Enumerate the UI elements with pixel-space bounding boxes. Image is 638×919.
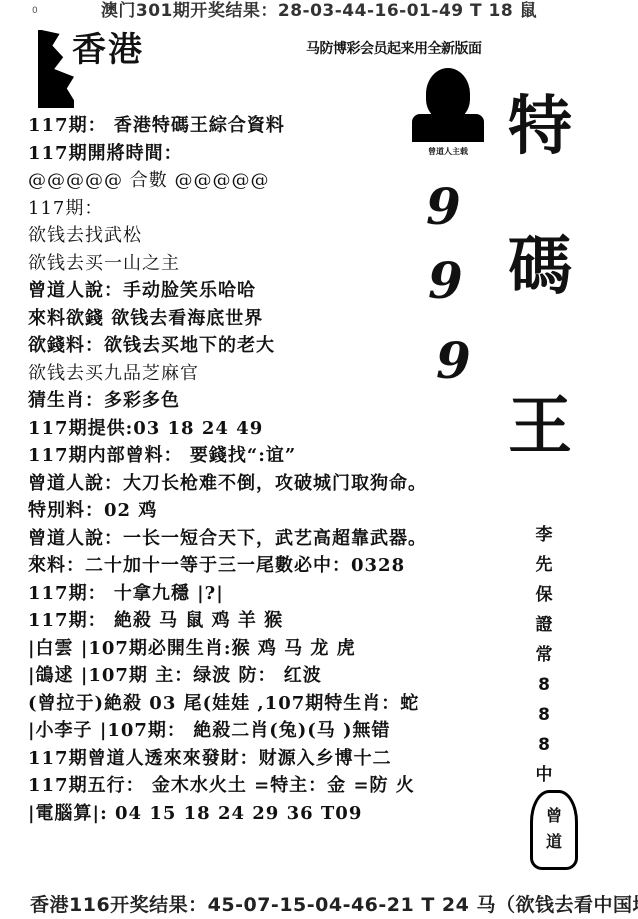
content-line: (曾拉于)絶殺 03 尾(娃娃 ,107期特生肖：蛇 xyxy=(28,690,528,718)
seal-stamp-icon: 曾 道 xyxy=(530,790,578,870)
content-line: 來料：二十加十一等于三一尾數必中：0328 xyxy=(28,552,528,580)
content-lines: 117期： 香港特碼王綜合資料 117期開將時間： @@@@@ 合數 @@@@@… xyxy=(28,112,528,827)
content-line: 特別料：02 鸡 xyxy=(28,497,528,525)
content-line: 117期： 絶殺 马 鼠 鸡 羊 猴 xyxy=(28,607,528,635)
vertical-char: 8 xyxy=(532,700,556,730)
content-line: 欲钱去买九品芝麻官 xyxy=(28,360,528,388)
vertical-slogan: 李 先 保 證 常 8 8 8 中 xyxy=(532,520,556,790)
slogan-text: 马防博彩会员起来用全新版面 xyxy=(306,38,482,58)
content-line: 117期： 香港特碼王綜合資料 xyxy=(28,112,528,140)
seal-char: 曾 xyxy=(533,803,575,829)
brand-title: 香港 xyxy=(72,30,144,70)
content-line: 117期内部曾料： 要錢找“:谊” xyxy=(28,442,528,470)
vertical-char: 證 xyxy=(532,610,556,640)
vertical-char: 李 xyxy=(532,520,556,550)
vertical-char: 先 xyxy=(532,550,556,580)
vertical-char: 8 xyxy=(532,670,556,700)
content-line: 117期： xyxy=(28,195,528,223)
content-line: 欲錢料：欲钱去买地下的老大 xyxy=(28,332,528,360)
content-line: 欲钱去找武松 xyxy=(28,222,528,250)
content-line: 曾道人說：大刀长枪难不倒，攻破城门取狗命。 xyxy=(28,470,528,498)
content-line: |小李子 |107期： 絶殺二肖(兔)(马 )無错 xyxy=(28,717,528,745)
content-line: 欲钱去买一山之主 xyxy=(28,250,528,278)
vertical-char: 保 xyxy=(532,580,556,610)
vertical-char: 8 xyxy=(532,730,556,760)
hong-kong-result-footer: 香港116开奖结果：45-07-15-04-46-21 T 24 马（欲钱去看中… xyxy=(30,890,638,917)
corner-mark: 0 xyxy=(32,6,38,16)
content-line: 來料欲錢 欲钱去看海底世界 xyxy=(28,305,528,333)
content-line: |白雲 |107期必開生肖:猴 鸡 马 龙 虎 xyxy=(28,635,528,663)
content-line: 117期曾道人透來來發財：财源入乡博十二 xyxy=(28,745,528,773)
content-line: 117期開將時間： xyxy=(28,140,528,168)
vertical-char: 常 xyxy=(532,640,556,670)
content-line: 曾道人說：一长一短合天下，武艺高超靠武器。 xyxy=(28,525,528,553)
hong-kong-logo-icon xyxy=(38,30,74,108)
content-line: |鴿逑 |107期 主：绿波 防： 红波 xyxy=(28,662,528,690)
content-line: 曾道人說：手动脸笑乐哈哈 xyxy=(28,277,528,305)
macau-result-header: 澳门301期开奖结果：28-03-44-16-01-49 T 18 鼠 xyxy=(0,0,638,24)
seal-char: 道 xyxy=(533,829,575,855)
content-line: |電腦算|: 04 15 18 24 29 36 T09 xyxy=(28,800,528,828)
content-line: 117期： 十拿九穩 |?| xyxy=(28,580,528,608)
content-line: 117期五行： 金木水火土 =特主：金 =防 火 xyxy=(28,772,528,800)
content-line: @@@@@ 合數 @@@@@ xyxy=(28,167,528,195)
content-line: 猜生肖：多彩多色 xyxy=(28,387,528,415)
vertical-char: 中 xyxy=(532,760,556,790)
content-line: 117期提供:03 18 24 49 xyxy=(28,415,528,443)
